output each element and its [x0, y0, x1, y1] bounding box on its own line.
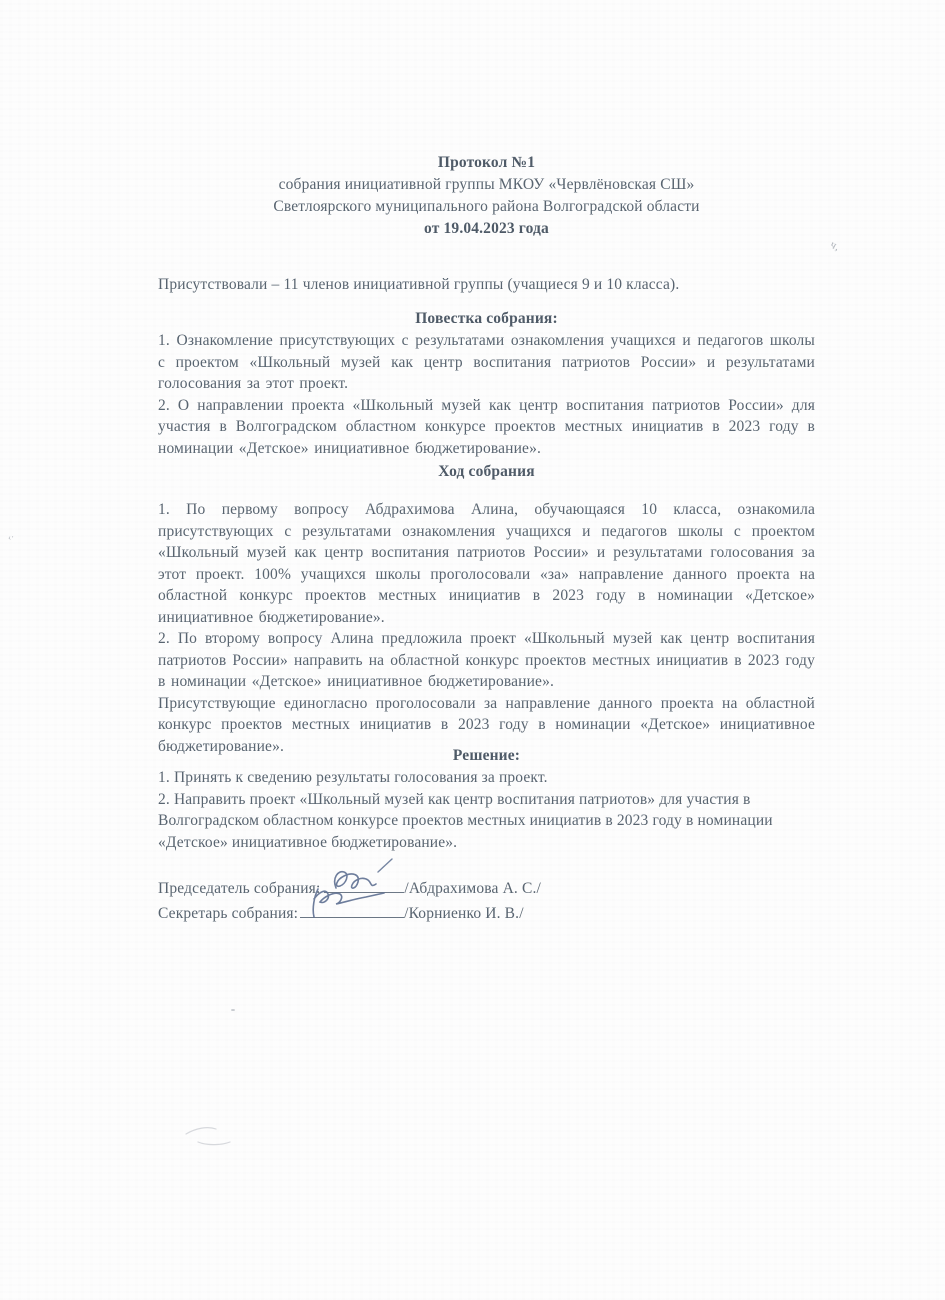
header-org-line: собрания инициативной группы МКОУ «Червл…: [158, 174, 815, 196]
scan-artifact-dot: [231, 1009, 235, 1011]
agenda-heading: Повестка собрания:: [158, 308, 815, 330]
header-date-line: от 19.04.2023 года: [158, 218, 815, 240]
signature-row-secretary: Секретарь собрания:/Корниенко И. В./: [158, 901, 815, 926]
scan-artifact-mark: ч‚: [826, 235, 844, 258]
document-header: Протокол №1 собрания инициативной группы…: [158, 152, 815, 240]
header-district-line: Светлоярского муниципального района Волг…: [158, 196, 815, 218]
signature-row-chair: Председатель собрания:/Абдрахимова А. С.…: [158, 876, 815, 901]
agenda-item-1: 1. Ознакомление присутствующих с результ…: [158, 330, 815, 395]
proceedings-paragraph-2: 2. По второму вопросу Алина предложила п…: [158, 628, 815, 693]
scan-artifact-smudge: [178, 1112, 268, 1157]
agenda-heading-text: Повестка собрания:: [415, 310, 558, 327]
proceedings-heading: Ход собрания: [158, 461, 815, 483]
document-title: Протокол №1: [158, 152, 815, 174]
attendees-line: Присутствовали – 11 членов инициативной …: [158, 274, 815, 296]
signature-role-chair: Председатель собрания:: [158, 880, 320, 897]
signature-name-secretary: /Корниенко И. В./: [404, 905, 524, 922]
signature-stroke-secretary-icon: [302, 877, 402, 923]
decision-item-2: 2. Направить проект «Школьный музей как …: [158, 789, 815, 854]
attendees-section: Присутствовали – 11 членов инициативной …: [158, 274, 815, 296]
proceedings-section: 1. По первому вопросу Абдрахимова Алина,…: [158, 499, 815, 757]
scanned-protocol-page: Протокол №1 собрания инициативной группы…: [0, 0, 945, 1300]
scan-artifact-mark: ‹·: [7, 527, 16, 549]
decision-heading-text: Решение:: [453, 747, 520, 764]
proceedings-paragraph-1: 1. По первому вопросу Абдрахимова Алина,…: [158, 499, 815, 628]
proceedings-heading-text: Ход собрания: [438, 463, 535, 480]
signatures-section: Председатель собрания:/Абдрахимова А. С.…: [158, 876, 815, 925]
decision-section: 1. Принять к сведению результаты голосов…: [158, 767, 815, 853]
signature-name-chair: /Абдрахимова А. С./: [404, 880, 541, 897]
agenda-section: 1. Ознакомление присутствующих с результ…: [158, 330, 815, 459]
decision-heading: Решение:: [158, 745, 815, 767]
decision-item-1: 1. Принять к сведению результаты голосов…: [158, 767, 815, 789]
agenda-item-2: 2. О направлении проекта «Школьный музей…: [158, 395, 815, 460]
signature-role-secretary: Секретарь собрания:: [158, 905, 298, 922]
signature-line-secretary: [300, 901, 404, 918]
